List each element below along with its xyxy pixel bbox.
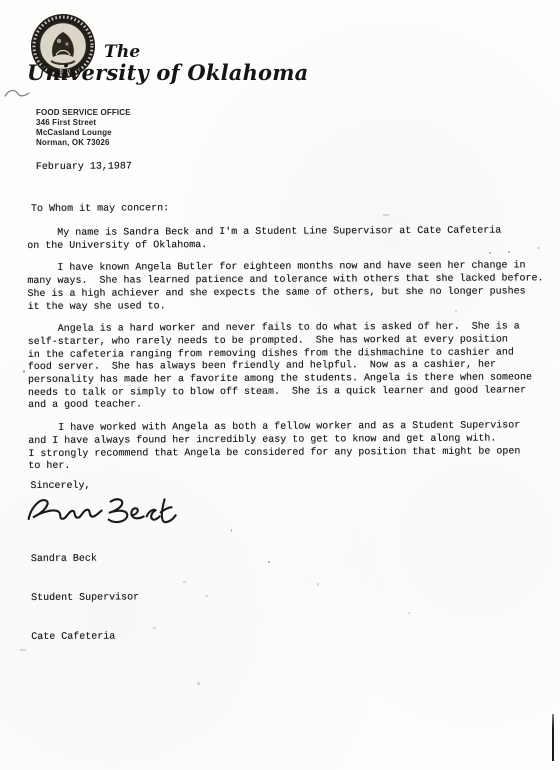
signed-title: Student Supervisor bbox=[31, 591, 139, 605]
paragraph-1: My name is Sandra Beck and I'm a Student… bbox=[27, 225, 549, 253]
letter-body: My name is Sandra Beck and I'm a Student… bbox=[27, 225, 550, 484]
salutation: To Whom it may concern: bbox=[31, 203, 169, 216]
signed-name: Sandra Beck bbox=[31, 552, 139, 566]
paragraph-2: I have known Angela Butler for eighteen … bbox=[27, 261, 549, 315]
paragraph-4: I have worked with Angela as both a fell… bbox=[28, 420, 550, 474]
signature-block: Sandra Beck Student Supervisor Cate Cafe… bbox=[31, 526, 140, 670]
paragraph-3: Angela is a hard worker and never fails … bbox=[28, 321, 550, 413]
letter-content: February 13,1987 To Whom it may concern:… bbox=[0, 0, 560, 770]
scanned-letter-page: 1890 The University of Oklahoma FOOD SER… bbox=[0, 0, 560, 770]
scan-edge-line bbox=[552, 714, 554, 761]
letter-date: February 13,1987 bbox=[36, 161, 132, 174]
signed-org: Cate Cafeteria bbox=[31, 630, 139, 644]
